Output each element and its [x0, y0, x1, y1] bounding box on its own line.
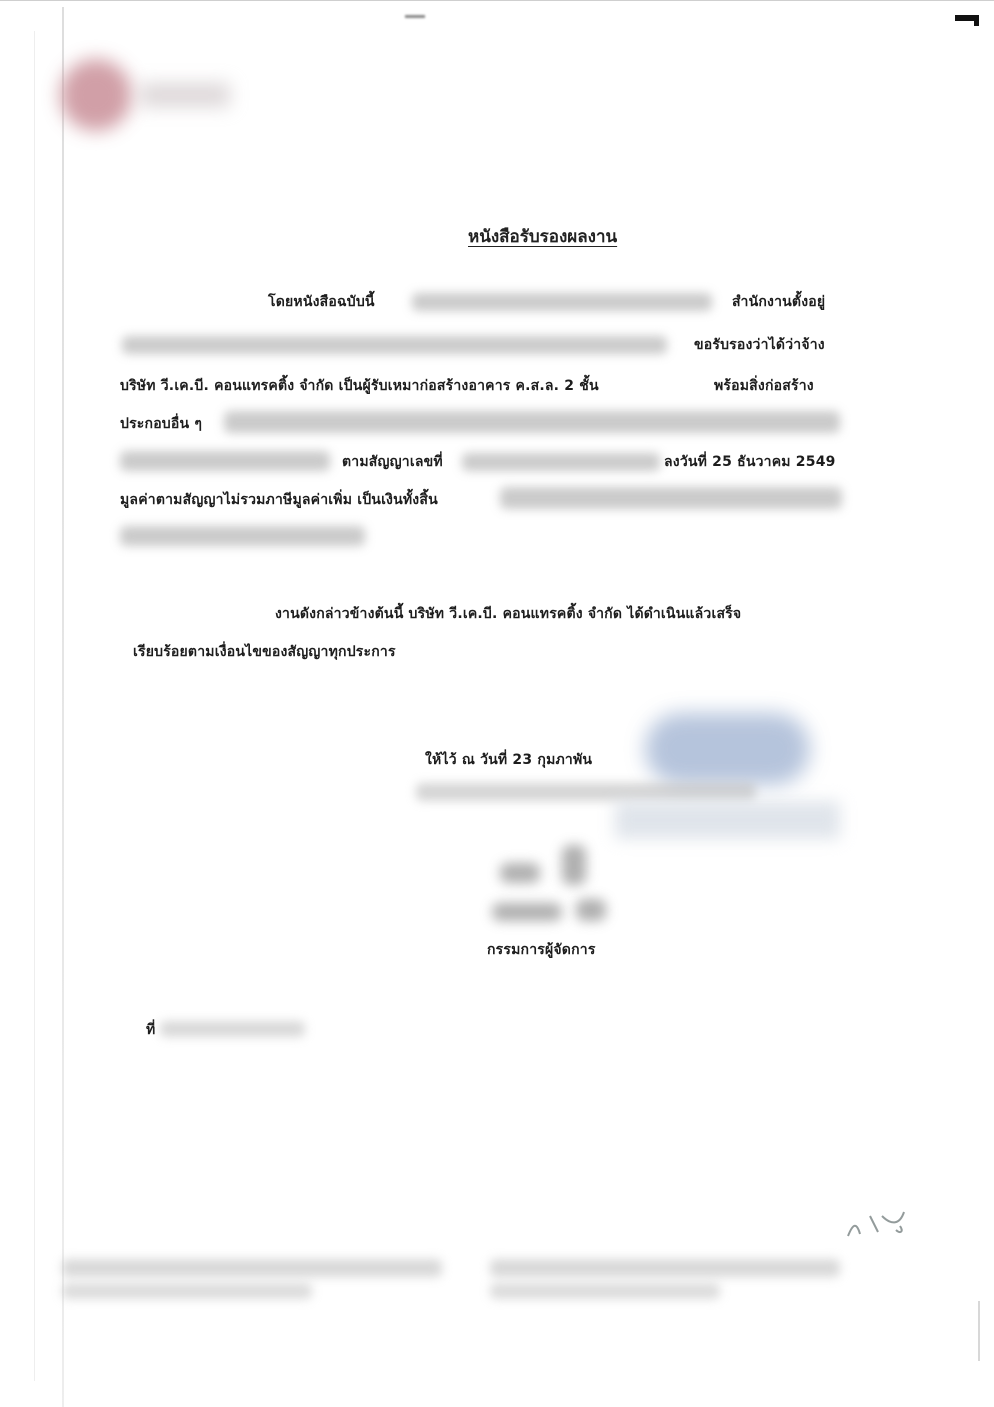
redacted-project-details	[120, 451, 330, 471]
scan-artifact-line	[34, 31, 35, 1381]
stamp-text-redacted	[615, 801, 840, 839]
scan-artifact-line	[62, 7, 64, 1407]
para1-line6-lead: มูลค่าตามสัญญาไม่รวมภาษีมูลค่าเพิ่ม เป็น…	[120, 489, 438, 511]
redacted-project-details	[224, 411, 840, 433]
reference-label: ที่	[146, 1019, 155, 1041]
redacted-footer-contact	[490, 1259, 840, 1277]
redacted-footer-address	[62, 1259, 442, 1277]
para1-line3: บริษัท วี.เค.บี. คอนแทรคติ้ง จำกัด เป็นผ…	[120, 375, 599, 397]
para1-line5-mid: ตามสัญญาเลขที่	[342, 451, 443, 473]
redacted-address	[122, 336, 667, 354]
para1-line3-tail: พร้อมสิ่งก่อสร้าง	[714, 375, 814, 397]
redacted-contract-amount-text	[120, 526, 365, 546]
signatory-name-redacted	[576, 899, 606, 921]
redacted-contract-number	[462, 453, 660, 471]
company-name-redacted	[140, 83, 230, 107]
redacted-reference-number	[160, 1021, 305, 1037]
scan-artifact-line	[978, 1301, 980, 1361]
redacted-footer-contact	[490, 1283, 720, 1299]
official-stamp-redacted	[645, 713, 810, 785]
document-page: หนังสือรับรองผลงาน โดยหนังสือฉบับนี้ สำน…	[0, 0, 994, 1407]
scan-artifact-mark	[405, 15, 425, 18]
redacted-contract-amount	[500, 487, 842, 509]
signatory-name-redacted	[492, 903, 562, 921]
signature-redacted	[562, 845, 586, 885]
corner-mark	[955, 15, 979, 21]
para1-line2-tail: ขอรับรองว่าได้ว่าจ้าง	[694, 334, 825, 356]
redacted-organization-name	[412, 293, 712, 311]
para1-line4-lead: ประกอบอื่น ๆ	[120, 413, 202, 435]
redacted-footer-address	[62, 1283, 312, 1299]
company-logo-redacted	[60, 59, 132, 131]
redacted-organization-name	[416, 783, 756, 801]
signatory-position: กรรมการผู้จัดการ	[487, 939, 596, 961]
para1-line5-tail: ลงวันที่ 25 ธันวาคม 2549	[664, 451, 836, 473]
para2-line2: เรียบร้อยตามเงื่อนไขของสัญญาทุกประการ	[133, 641, 396, 663]
document-title: หนังสือรับรองผลงาน	[468, 223, 617, 250]
para1-line1-tail: สำนักงานตั้งอยู่	[732, 291, 825, 313]
issue-date-line: ให้ไว้ ณ วันที่ 23 กุมภาพัน	[425, 749, 592, 771]
signature-redacted	[500, 863, 540, 883]
para2-line1: งานดังกล่าวข้างต้นนี้ บริษัท วี.เค.บี. ค…	[275, 603, 741, 625]
para1-line1-lead: โดยหนังสือฉบับนี้	[268, 291, 375, 313]
handwritten-initials	[840, 1206, 910, 1244]
